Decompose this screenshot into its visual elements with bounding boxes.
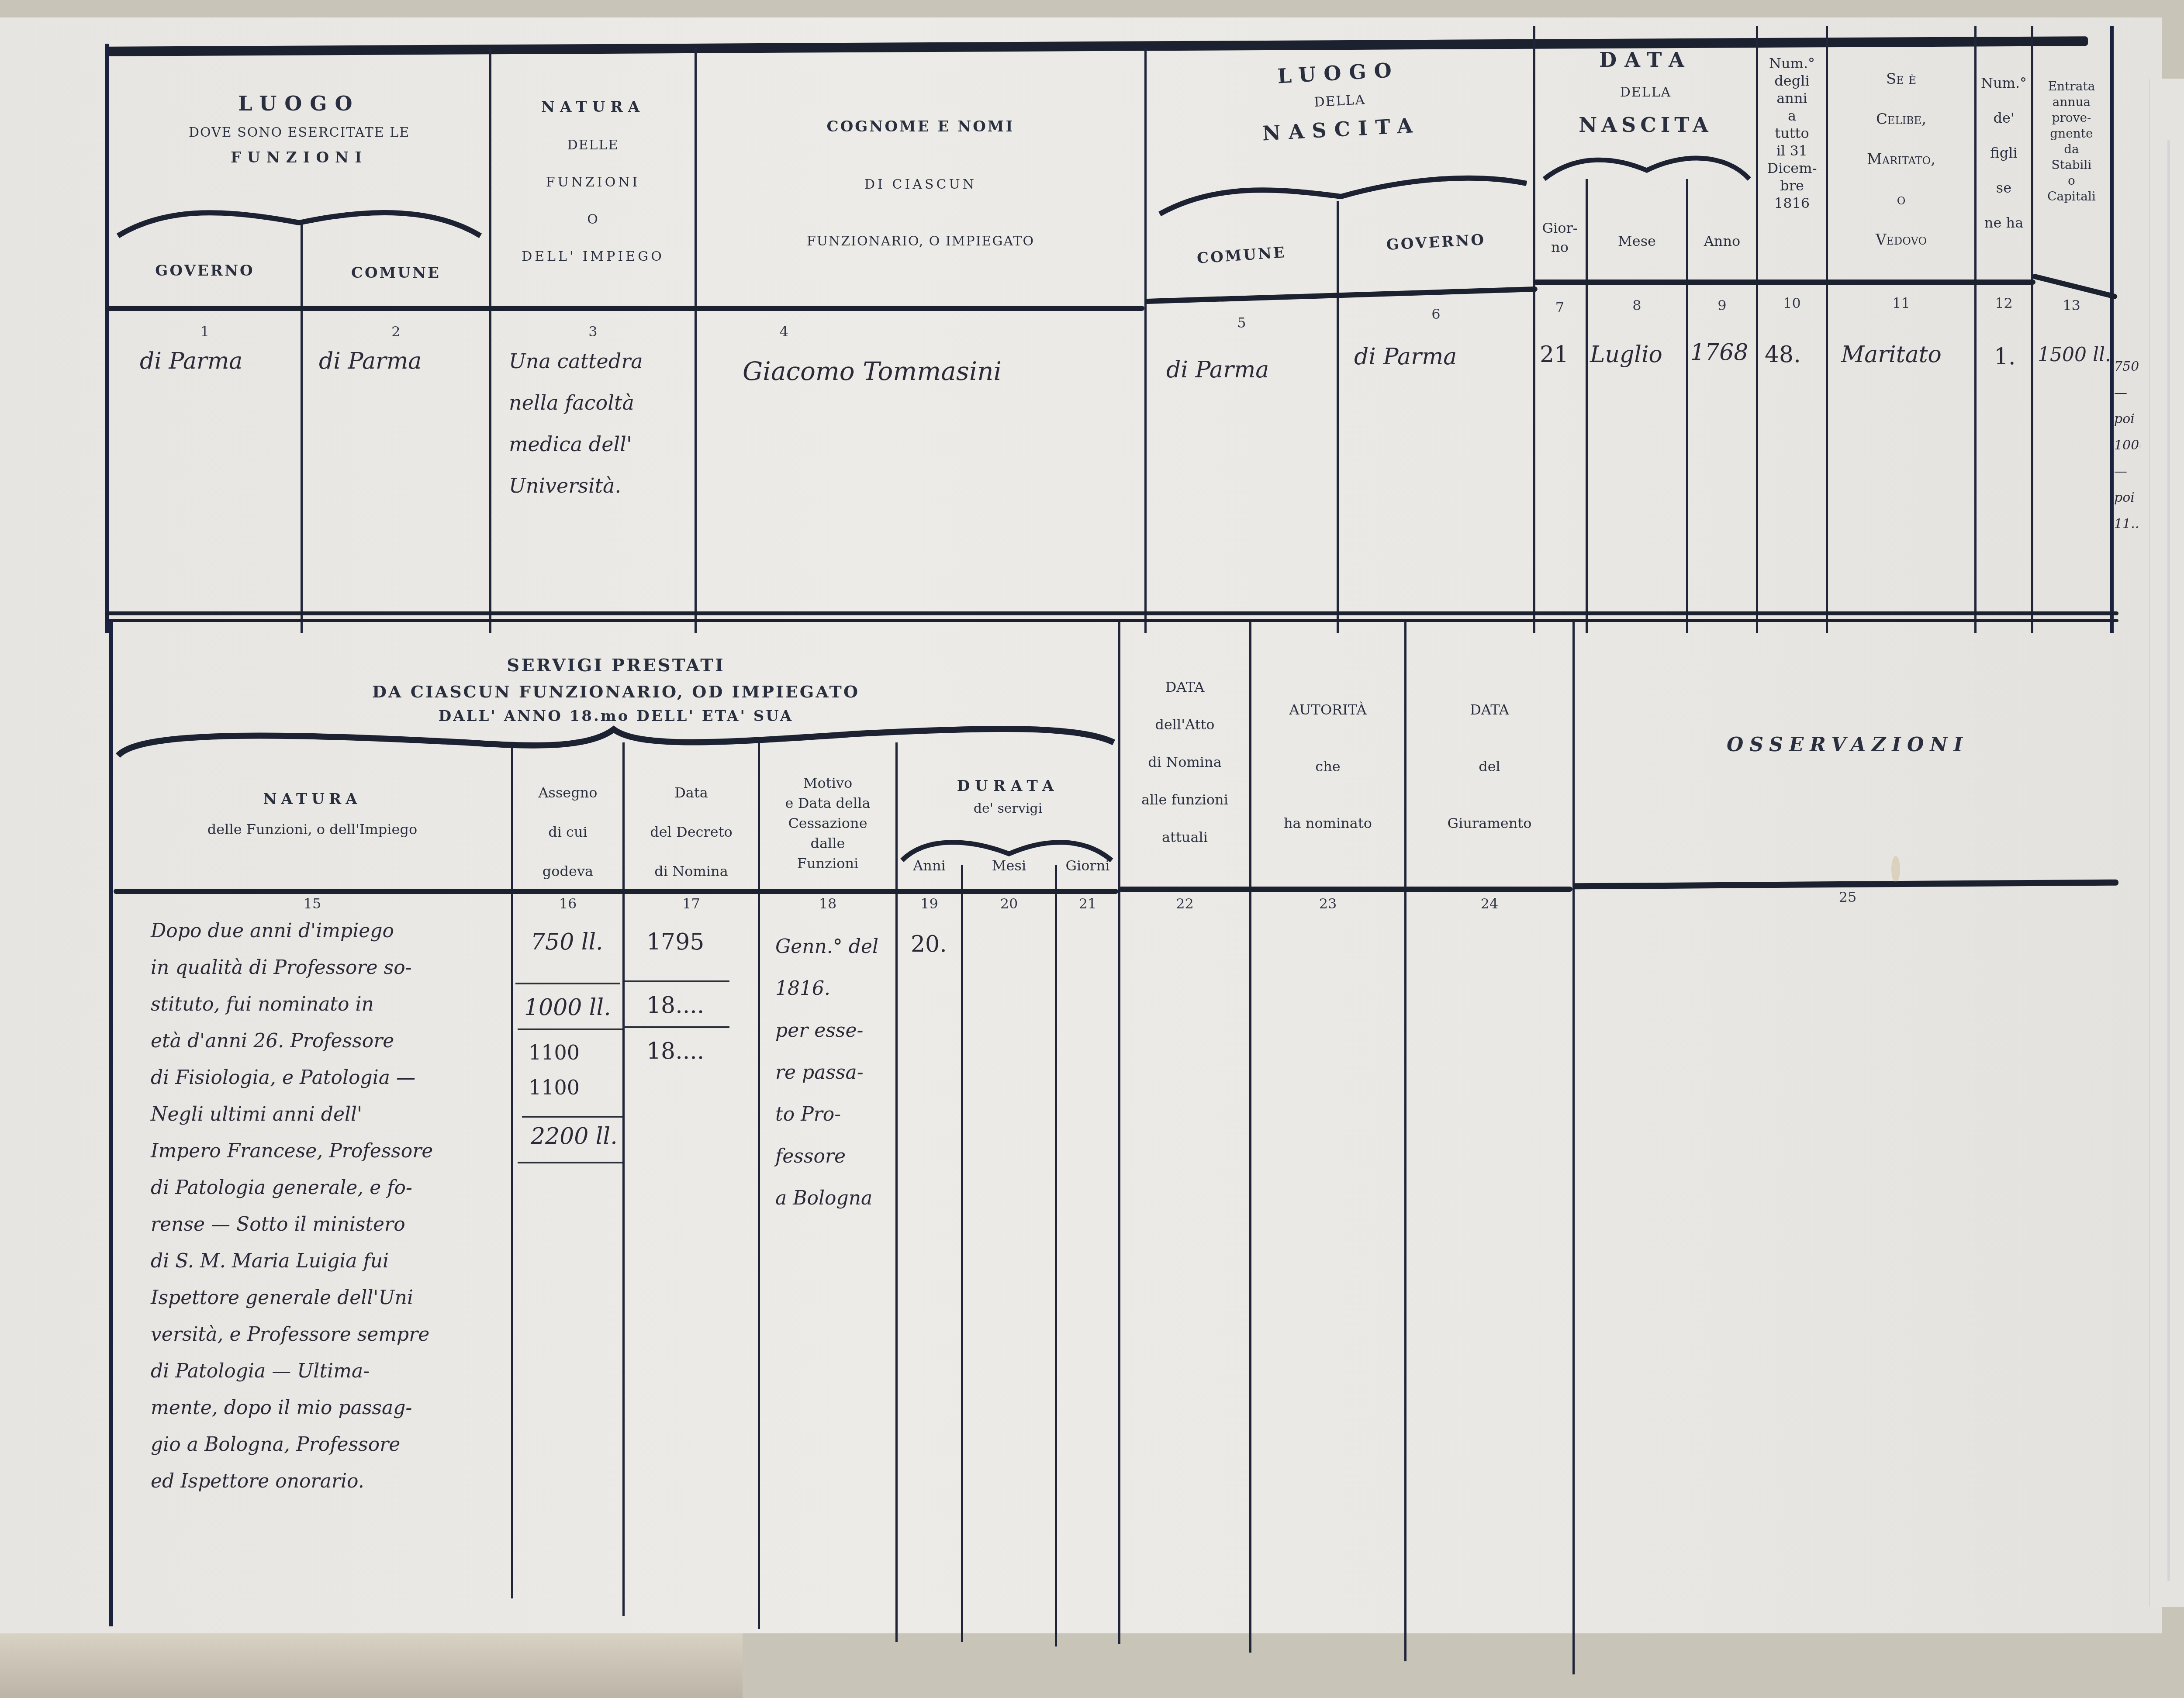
- cell-rule: [622, 1026, 729, 1028]
- bleed-through-table: [2167, 140, 2184, 1581]
- header-num-anni: Num.°deglianniatuttoil 31Dicem-bre1816: [1758, 55, 1826, 212]
- column-number: 24: [1406, 895, 1572, 912]
- header-mese: Mese: [1588, 231, 1686, 251]
- header-data-decreto: Datadel Decretodi Nomina: [625, 773, 758, 891]
- header-line: o: [2033, 173, 2110, 189]
- header-stato-civile: Se èCelibe,Maritato,oVedovo: [1828, 59, 1974, 260]
- header-line: Entrata: [2033, 79, 2110, 94]
- header-comune: COMUNE: [303, 264, 489, 282]
- divider: [2110, 26, 2114, 633]
- entry-motivo-cessazione: Genn.° del 1816. per esse- re passa- to …: [775, 926, 878, 1219]
- header-line: tutto: [1758, 124, 1826, 142]
- header-line: annua: [2033, 94, 2110, 110]
- header-luogo-nascita: LUOGO DELLA NASCITA: [1145, 51, 1535, 151]
- header-line: di Nomina: [1120, 743, 1249, 781]
- header-line: che: [1251, 738, 1404, 795]
- header-servigi-prestati: SERVIGI PRESTATI DA CIASCUN FUNZIONARIO,…: [114, 655, 1118, 725]
- header-line: degli: [1758, 72, 1826, 90]
- header-line: ha nominato: [1251, 795, 1404, 852]
- cell-rule: [515, 983, 620, 984]
- header-mesi: Mesi: [963, 856, 1055, 875]
- header-anno: Anno: [1688, 231, 1756, 251]
- column-number: 23: [1251, 895, 1404, 912]
- column-number: 6: [1339, 306, 1533, 322]
- header-line: se: [1977, 170, 2031, 205]
- column-number: 13: [2033, 297, 2110, 314]
- document-sheet: LUOGO DOVE SONO ESERCITATE LE FUNZIONI G…: [0, 17, 2162, 1633]
- header-line: Stabili: [2033, 157, 2110, 173]
- header-line: Data: [625, 773, 758, 812]
- header-line: Capitali: [2033, 189, 2110, 204]
- column-number: 15: [114, 895, 511, 912]
- header-line: Cessazione: [760, 813, 895, 833]
- column-number: 12: [1977, 295, 2031, 311]
- header-line: Assegno: [513, 773, 622, 812]
- header-nascita-governo: GOVERNO: [1338, 228, 1533, 256]
- header-line: Num.°: [1977, 66, 2031, 100]
- header-governo: GOVERNO: [109, 262, 301, 280]
- header-rule: [1533, 280, 2035, 285]
- column-number: 2: [303, 323, 489, 340]
- brace-decoration: [116, 725, 1116, 760]
- header-durata: DURATA de' servigi: [898, 777, 1118, 816]
- header-giorno: Gior- no: [1534, 218, 1586, 257]
- header-natura-funzioni: NATURA delle Funzioni, o dell'Impiego: [114, 790, 511, 838]
- header-line: de': [1977, 100, 2031, 135]
- header-line: figli: [1977, 135, 2031, 170]
- header-line: alle funzioni: [1120, 781, 1249, 818]
- header-cognome-nomi: COGNOME E NOMI DI CIASCUN FUNZIONARIO, O…: [697, 118, 1144, 249]
- entry-governo: di Parma: [140, 349, 242, 373]
- entry-natura-servigi: Dopo due anni d'impiego in qualità di Pr…: [151, 913, 433, 1500]
- cell-rule: [522, 1116, 622, 1118]
- header-entrata: Entrataannuaprove-gnentedaStabilioCapita…: [2033, 79, 2110, 204]
- brace-decoration: [1158, 170, 1529, 218]
- header-anni: Anni: [898, 856, 961, 875]
- brace-decoration: [116, 201, 483, 240]
- header-line: Motivo: [760, 773, 895, 793]
- entry-col14-partial: 750 — poi 1000 — poi 11..: [2114, 354, 2140, 537]
- header-line: Maritato,: [1828, 139, 1974, 179]
- header-line: il 31: [1758, 142, 1826, 159]
- header-luogo-funzioni: LUOGO DOVE SONO ESERCITATE LE FUNZIONI: [109, 92, 489, 166]
- cell-rule: [625, 980, 729, 982]
- header-line: 1816: [1758, 194, 1826, 212]
- entry-assegno: 1000 ll.: [524, 996, 611, 1020]
- entry-assegno: 2200 ll.: [531, 1125, 618, 1149]
- left-border: [105, 44, 109, 633]
- header-data-giuramento: DATAdelGiuramento: [1406, 681, 1572, 852]
- column-number: 5: [1147, 314, 1337, 331]
- entry-natura-impiego: Una cattedra nella facoltà medica dell' …: [509, 341, 643, 507]
- header-rule: [105, 306, 1144, 311]
- header-rule: [1118, 887, 1572, 892]
- header-line: anni: [1758, 90, 1826, 107]
- entry-num-anni: 48.: [1765, 343, 1801, 367]
- entry-nascita-governo: di Parma: [1354, 345, 1457, 369]
- column-number: 17: [625, 895, 758, 912]
- header-line: Funzioni: [760, 853, 895, 873]
- section-divider: [105, 611, 2118, 615]
- divider: [301, 223, 303, 633]
- top-border-rule: [105, 36, 2088, 56]
- header-line: AUTORITÀ: [1251, 681, 1404, 738]
- header-line: bre: [1758, 177, 1826, 194]
- header-line: da: [2033, 141, 2110, 157]
- cell-rule: [518, 1162, 622, 1163]
- entry-data-decreto: 1795: [646, 930, 704, 954]
- header-osservazioni: OSSERVAZIONI: [1577, 734, 2118, 756]
- header-line: Giuramento: [1406, 795, 1572, 852]
- entry-nascita-comune: di Parma: [1166, 358, 1269, 382]
- paper-stain: [1891, 856, 1900, 882]
- adjacent-page: [2149, 79, 2184, 1607]
- header-line: Vedovo: [1828, 220, 1974, 260]
- header-rule: [2032, 273, 2118, 300]
- divider: [1572, 622, 1575, 1674]
- header-line: Num.°: [1758, 55, 1826, 72]
- header-assegno: Assegnodi cuigodeva: [513, 773, 622, 891]
- entry-assegno: 750 ll.: [531, 930, 603, 954]
- column-number: 9: [1688, 297, 1756, 314]
- header-motivo: Motivoe Data dellaCessazionedalleFunzion…: [760, 773, 895, 873]
- header-line: dalle: [760, 833, 895, 853]
- section-divider: [105, 619, 2118, 622]
- entry-giorno: 21: [1540, 343, 1569, 367]
- cell-rule: [518, 1028, 622, 1030]
- header-line: e Data della: [760, 793, 895, 813]
- header-rule: [1144, 286, 1538, 304]
- header-natura: NATURA DELLE FUNZIONI O DELL' IMPIEGO: [491, 98, 695, 264]
- divider: [758, 742, 760, 1629]
- torn-paper-edge: [0, 1633, 743, 1698]
- header-line: del: [1406, 738, 1572, 795]
- header-rule: [114, 889, 1118, 894]
- header-data-nascita: DATA DELLA NASCITA: [1535, 48, 1756, 137]
- header-line: dell'Atto: [1120, 706, 1249, 743]
- header-line: gnente: [2033, 126, 2110, 141]
- column-number: 7: [1534, 299, 1586, 316]
- divider: [895, 742, 898, 1642]
- header-data-atto: DATAdell'Attodi Nominaalle funzioniattua…: [1120, 668, 1249, 856]
- entry-data-decreto: 18....: [646, 1039, 704, 1063]
- column-number: 20: [963, 895, 1055, 912]
- column-number: 22: [1120, 895, 1249, 912]
- entry-stato-civile: Maritato: [1841, 343, 1942, 367]
- entry-anni: 20.: [911, 932, 947, 956]
- column-number: 11: [1828, 295, 1974, 311]
- header-line: attuali: [1120, 818, 1249, 856]
- divider: [1055, 865, 1057, 1646]
- header-line: o: [1828, 179, 1974, 220]
- left-border: [109, 622, 113, 1626]
- header-line: prove-: [2033, 110, 2110, 126]
- column-number: 16: [513, 895, 622, 912]
- column-number: 1: [109, 323, 301, 340]
- divider: [1144, 48, 1147, 633]
- header-giorni: Giorni: [1057, 856, 1118, 875]
- divider: [1337, 201, 1339, 633]
- entry-num-figli: 1.: [1994, 345, 2016, 369]
- entry-data-decreto: 18....: [646, 994, 704, 1018]
- column-number: 25: [1577, 889, 2118, 905]
- header-line: di Nomina: [625, 852, 758, 891]
- column-number: 21: [1057, 895, 1118, 912]
- entry-assegno: 1100 1100: [529, 1035, 580, 1105]
- header-line: Celibe,: [1828, 99, 1974, 139]
- header-line: di cui: [513, 812, 622, 852]
- entry-mese: Luglio: [1590, 343, 1662, 367]
- column-number: 10: [1758, 295, 1826, 311]
- column-number: 18: [760, 895, 895, 912]
- entry-anno: 1768: [1690, 341, 1748, 365]
- header-nascita-comune: COMUNE: [1146, 240, 1337, 271]
- column-number: 3: [491, 323, 695, 340]
- header-line: a: [1758, 107, 1826, 124]
- header-line: DATA: [1406, 681, 1572, 738]
- column-number: 19: [898, 895, 961, 912]
- header-line: DATA: [1120, 668, 1249, 706]
- header-line: del Decreto: [625, 812, 758, 852]
- entry-cognome-nomi: Giacomo Tommasini: [743, 358, 1002, 385]
- column-number: 4: [697, 323, 871, 340]
- entry-entrata: 1500 ll.: [2038, 345, 2111, 365]
- column-number: 8: [1588, 297, 1686, 314]
- brace-decoration: [1542, 148, 1752, 183]
- header-autorita: AUTORITÀcheha nominato: [1251, 681, 1404, 852]
- header-line: Se è: [1828, 59, 1974, 99]
- header-rule: [1572, 880, 2118, 890]
- header-line: ne ha: [1977, 205, 2031, 240]
- header-num-figli: Num.°de'figlisene ha: [1977, 66, 2031, 240]
- header-line: godeva: [513, 852, 622, 891]
- divider: [961, 865, 963, 1642]
- header-line: Dicem-: [1758, 159, 1826, 177]
- entry-comune: di Parma: [319, 349, 422, 373]
